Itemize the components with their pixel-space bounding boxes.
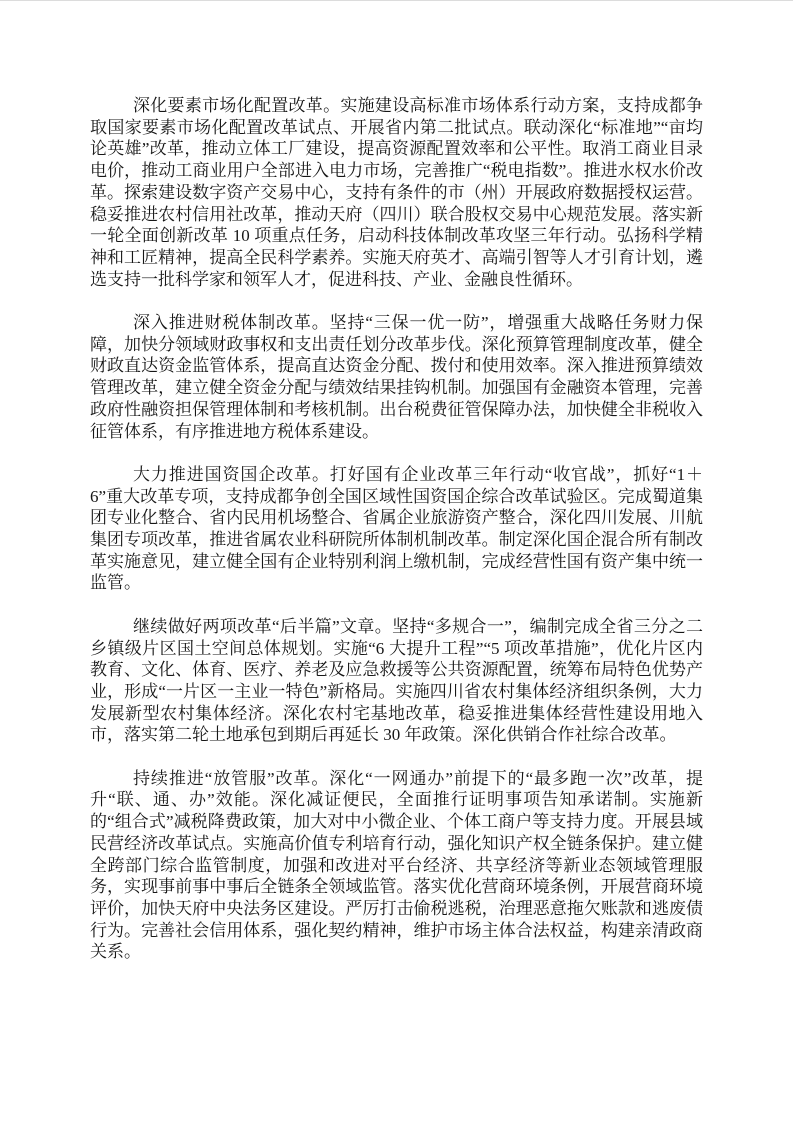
document-viewport: { "page": { "type": "scanned-text-docume… [0,0,793,1122]
paragraph-fiscal-tax-reform: 深入推进财税体制改革。坚持“三保一优一防”，增强重大战略任务财力保障，加快分领域… [90,312,703,442]
paragraph-fangguanfu-reform: 持续推进“放管服”改革。深化“一网通办”前提下的“最多跑一次”改革，提升“联、通… [90,768,703,963]
paragraph-factor-market-reform: 深化要素市场化配置改革。实施建设高标准市场体系行动方案，支持成都争取国家要素市场… [90,95,703,290]
paragraph-two-reforms-follow-up: 继续做好两项改革“后半篇”文章。坚持“多规合一”，编制完成全省三分之二乡镇级片区… [90,616,703,746]
page-top-edge-divider [0,0,793,1]
document-text-block: 深化要素市场化配置改革。实施建设高标准市场体系行动方案，支持成都争取国家要素市场… [90,95,703,985]
paragraph-soe-reform: 大力推进国资国企改革。打好国有企业改革三年行动“收官战”，抓好“1＋6”重大改革… [90,464,703,594]
